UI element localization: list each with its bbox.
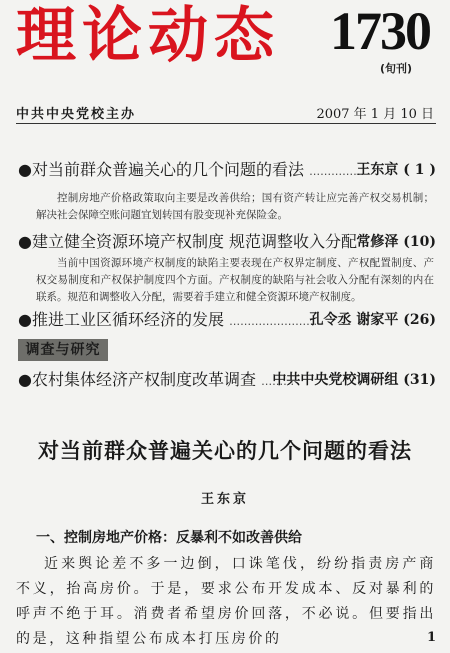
info-bar: 中共中央党校主办 2007 年 1 月 10 日	[16, 103, 436, 124]
bullet-icon: ●	[18, 232, 32, 251]
toc-abstract: 当前中国资源环境产权制度的缺陷主要表现在产权界定制度、产权配置制度、产权交易制度…	[36, 255, 434, 306]
article-subheading: 一、控制房地产价格：反暴利不如改善供给	[36, 527, 302, 547]
toc-author-page: 孔令丞 谢家平 (26)	[310, 310, 436, 330]
toc-item[interactable]: ●农村集体经济产权制度改革调查 ……… 中共中央党校调研组 (31)	[18, 370, 436, 392]
publisher: 中共中央党校主办	[16, 103, 136, 122]
section-tag: 调查与研究	[18, 339, 108, 361]
leader-dots: ……………………	[229, 315, 317, 328]
article-title: 对当前群众普遍关心的几个问题的看法	[0, 435, 450, 465]
issue-number: 1730	[330, 2, 430, 60]
toc-title: 对当前群众普遍关心的几个问题的看法	[32, 160, 304, 179]
toc-author-page: 常修泽 (10)	[356, 232, 436, 252]
publication-frequency: (旬刊)	[380, 60, 412, 76]
publication-date: 2007 年 1 月 10 日	[316, 103, 434, 122]
toc-item[interactable]: ●对当前群众普遍关心的几个问题的看法 …………… 王东京 ( 1 )	[18, 160, 436, 182]
toc-author-page: 中共中央党校调研组 (31)	[272, 370, 436, 390]
toc-title: 建立健全资源环境产权制度 规范调整收入分配	[32, 232, 357, 251]
bullet-icon: ●	[18, 310, 32, 329]
journal-title: 理论动态	[16, 4, 280, 68]
toc-title: 推进工业区循环经济的发展	[32, 310, 224, 329]
bullet-icon: ●	[18, 160, 32, 179]
toc-title: 农村集体经济产权制度改革调查	[32, 370, 256, 389]
toc-abstract: 控制房地产价格政策取向主要是改善供给；国有资产转让应完善产权交易机制；解决社会保…	[36, 190, 434, 224]
journal-page: 理论动态 1730 (旬刊) 中共中央党校主办 2007 年 1 月 10 日 …	[0, 0, 450, 653]
toc-item[interactable]: ●建立健全资源环境产权制度 规范调整收入分配 … 常修泽 (10)	[18, 232, 436, 254]
article-body: 近来舆论差不多一边倒，口诛笔伐，纷纷指责房产商不义，抬高房价。于是，要求公布开发…	[16, 552, 436, 652]
toc-item[interactable]: ●推进工业区循环经济的发展 …………………… 孔令丞 谢家平 (26)	[18, 310, 436, 332]
page-number: 1	[427, 630, 436, 645]
toc-author-page: 王东京 ( 1 )	[356, 160, 436, 180]
article-author: 王东京	[0, 488, 450, 507]
bullet-icon: ●	[18, 370, 32, 389]
